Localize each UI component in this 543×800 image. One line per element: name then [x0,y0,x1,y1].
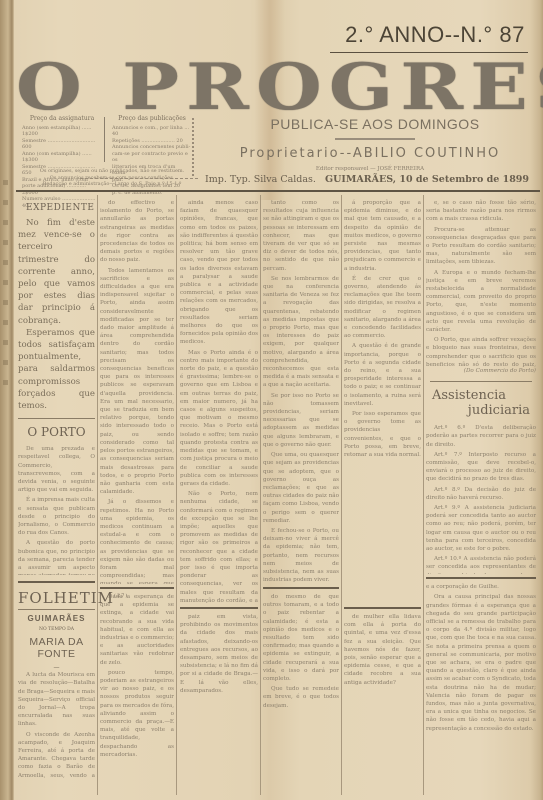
article-body: do effectivo e isolamento do Porto, se a… [100,199,174,584]
paragraph: Esperamos que todos satisfaçam pontualme… [18,327,95,412]
paragraph: Por isso esperamos que o governo tome as… [344,410,421,459]
article-body: ainda menos caso faziam de quaesquer opi… [180,199,258,604]
newspaper-title: O PROGRESSO [16,58,543,118]
paragraph: Art.º 7.º Interposto recurso a commissão… [426,451,536,484]
place-date: GUIMARÃES, 10 de Setembro de 1899 [325,174,529,185]
folhetim-rule [426,577,536,579]
price-line: Semestre .............................. … [22,138,102,151]
printer: Imp. Typ. Silva Caldas. [205,174,316,185]
paragraph: Art.º 9.º A assistencia judiciaria poder… [426,504,536,553]
article-body: tanto como os resultados cuja influencia… [263,199,339,584]
paragraph: Não o Porto, nem nenhuma cidade, se conf… [180,490,258,604]
assistencia-heading-2: judiciaria [426,403,536,418]
folhetim-subtitle: MARIA DA FONTE [18,636,95,660]
paragraph: Art.º 8.º Da decisão do juiz de direito … [426,486,536,502]
paragraph: pouco tempo, poderiam as estrangeiros vi… [100,669,174,759]
folhetim-rule [344,607,421,609]
paragraph: A Europa e o mundo fecham-lhe justiça e … [426,269,536,335]
editor: Editor responsavel — JOSÉ FERREIRA [270,166,470,172]
tagline: PUBLICA-SE AOS DOMINGOS [230,116,520,132]
subscription-title: Preço da assignatura [22,116,102,123]
column-1: EXPEDIENTE No fim d'este mez vence-se o … [18,195,95,781]
column-2: do effectivo e isolamento do Porto, se a… [100,195,174,783]
porto-body: De uma prezada e respeitavel collega, O … [18,445,95,575]
paragraph: tanto como os resultados cuja influencia… [263,199,339,273]
paragraph: Se nos lembrarmos de que na conferencia … [263,275,339,390]
paragraph: Art.º 6.º D'esta deliberação poderão as … [426,424,536,449]
paragraph: E fechou-se o Porto, ou deixam-no viver … [263,527,339,584]
price-line: cam-se por contracto previo e os [112,151,192,164]
masthead-rule [16,190,540,192]
paragraph: É de crer que o governo, atendendo ás re… [344,275,421,341]
column-rule [423,195,424,795]
price-line: Anno (sem estampilha) ...... 1$200 [22,125,102,138]
dateline-row: Imp. Typ. Silva Caldas. GUIMARÃES, 10 de… [205,174,535,185]
paragraph: Procura-se attenuar as consequencias des… [426,226,536,267]
price-divider [104,117,105,162]
folhetim-continued: Dada a esperança de que a epidemia se ex… [100,593,174,783]
folhetim-body: A lucta da Mourisca em via de resolução—… [18,671,95,781]
folhetim-place: GUIMARÃES [18,614,95,623]
folhetim-rule [180,607,258,609]
folhetim-rule [263,587,339,589]
footer-line: Redacção e administração—Largo do S. Pai… [22,181,202,188]
paragraph: Ora a causa principal das nossas grandes… [426,593,536,732]
article-body: e, se o caso não fosse tão sério, seria … [426,199,536,367]
column-3: ainda menos caso faziam de quaesquer opi… [180,195,258,783]
folhetim-rule [100,587,174,589]
paragraph: e, se o caso não fosse tão sério, seria … [426,199,536,224]
paragraph: Mas o Porto ainda é o centro mais import… [180,349,258,488]
paragraph: Se por isso no Porto se não tomassem pro… [263,392,339,449]
assistencia-heading-1: Assistencia [426,388,536,403]
section-rule [18,418,95,419]
article-body: á proporção que a epidemia diminue, e do… [344,199,421,604]
paragraph: De uma prezada e respeitavel collega, O … [18,445,95,494]
folhetim-separator: — [18,664,95,671]
paragraph: ainda menos caso faziam de quaesquer opi… [180,199,258,347]
column-4: tanto como os resultados cuja influencia… [263,195,339,783]
column-6: e, se o caso não fosse tão sério, seria … [426,195,536,763]
publications-title: Preço das publicações [112,116,192,123]
paragraph: Que uma, ou quaesquer que sejam as provi… [263,451,339,525]
porto-heading: O PORTO [18,425,95,439]
paragraph: A lucta da Mourisca em via de resolução—… [18,671,95,728]
folhetim-era: NO TEMPO DA [18,627,95,632]
folhetim-continued: e a corporação de Guilhe. Ora a causa pr… [426,583,536,763]
folhetim-rule [18,581,95,583]
price-line: Annuncios e com., por linha ... 40 [112,125,192,138]
section-rule [430,381,532,382]
paragraph: paiz em vista, prohibindo os movimentos … [180,613,258,695]
column-rule [341,195,342,795]
paragraph: do effectivo e isolamento do Porto, se a… [100,199,174,265]
page-binding [0,0,14,800]
ornament-rule [80,178,198,179]
column-rule [176,195,177,795]
paragraph: É a imprensa mais culta e sensata que pu… [18,496,95,537]
column-rule [97,195,98,795]
expediente-body: No fim d'este mez vence-se o terceiro tr… [18,217,95,412]
issue-number: 2.° ANNO--N.° 87 [335,22,535,48]
folhetim-continued: de mulher ella lidava com ella á porta d… [344,613,421,783]
paragraph: O visconde de Azenha acampado, e Joaquim… [18,731,95,782]
folhetim-continued: paiz em vista, prohibindo os movimentos … [180,613,258,783]
paragraph: á proporção que a epidemia diminue, e do… [344,199,421,273]
footer-line: Os originaes, sejam ou não publicados, n… [22,168,202,175]
tagline-rule [335,138,415,140]
expediente-heading: EXPEDIENTE [18,203,95,213]
section-rule [18,609,95,610]
paragraph: Já o dissemos e repetimos. Ha no Porto u… [100,498,174,584]
paragraph: do mesmo de que outros tomaram, e a todo… [263,593,339,683]
ornament-icon [192,118,202,176]
folhetim-heading: FOLHETIM(27) [18,589,95,607]
column-rule [260,195,261,795]
paragraph: A questão é de grande importancia, porqu… [344,342,421,408]
paragraph: Dada a esperança de que a epidemia se ex… [100,593,174,667]
price-line: Anno (com estampilha) ...... 1$300 [22,151,102,164]
proprietor: Proprietario--ABILIO COUTINHO [215,146,525,161]
assistencia-body: Art.º 6.º D'esta deliberação poderão as … [426,424,536,574]
paragraph: O Porto, que ainda soffrer vexações e bl… [426,336,536,367]
paragraph: A questão do porto bubonica que, no prin… [18,539,95,575]
paragraph: No fim d'este mez vence-se o terceiro tr… [18,217,95,327]
price-line: Annuncios concernentes publi- [112,144,192,151]
paragraph: de mulher ella lidava com ella á porta d… [344,613,421,687]
column-5: á proporção que a epidemia diminue, e do… [344,195,421,783]
paragraph: Art.º 10.º A assistencia não poderá ser … [426,555,536,574]
paragraph: Todos lamentamos os sacrificios e as dif… [100,267,174,497]
paragraph: e a corporação de Guilhe. [426,583,536,591]
folhetim-continued: do mesmo de que outros tomaram, e a todo… [263,593,339,783]
article-source: (Do Commercio do Porto) [426,367,536,375]
paragraph: Que tudo se remedeie em breve, é o que t… [263,685,339,710]
